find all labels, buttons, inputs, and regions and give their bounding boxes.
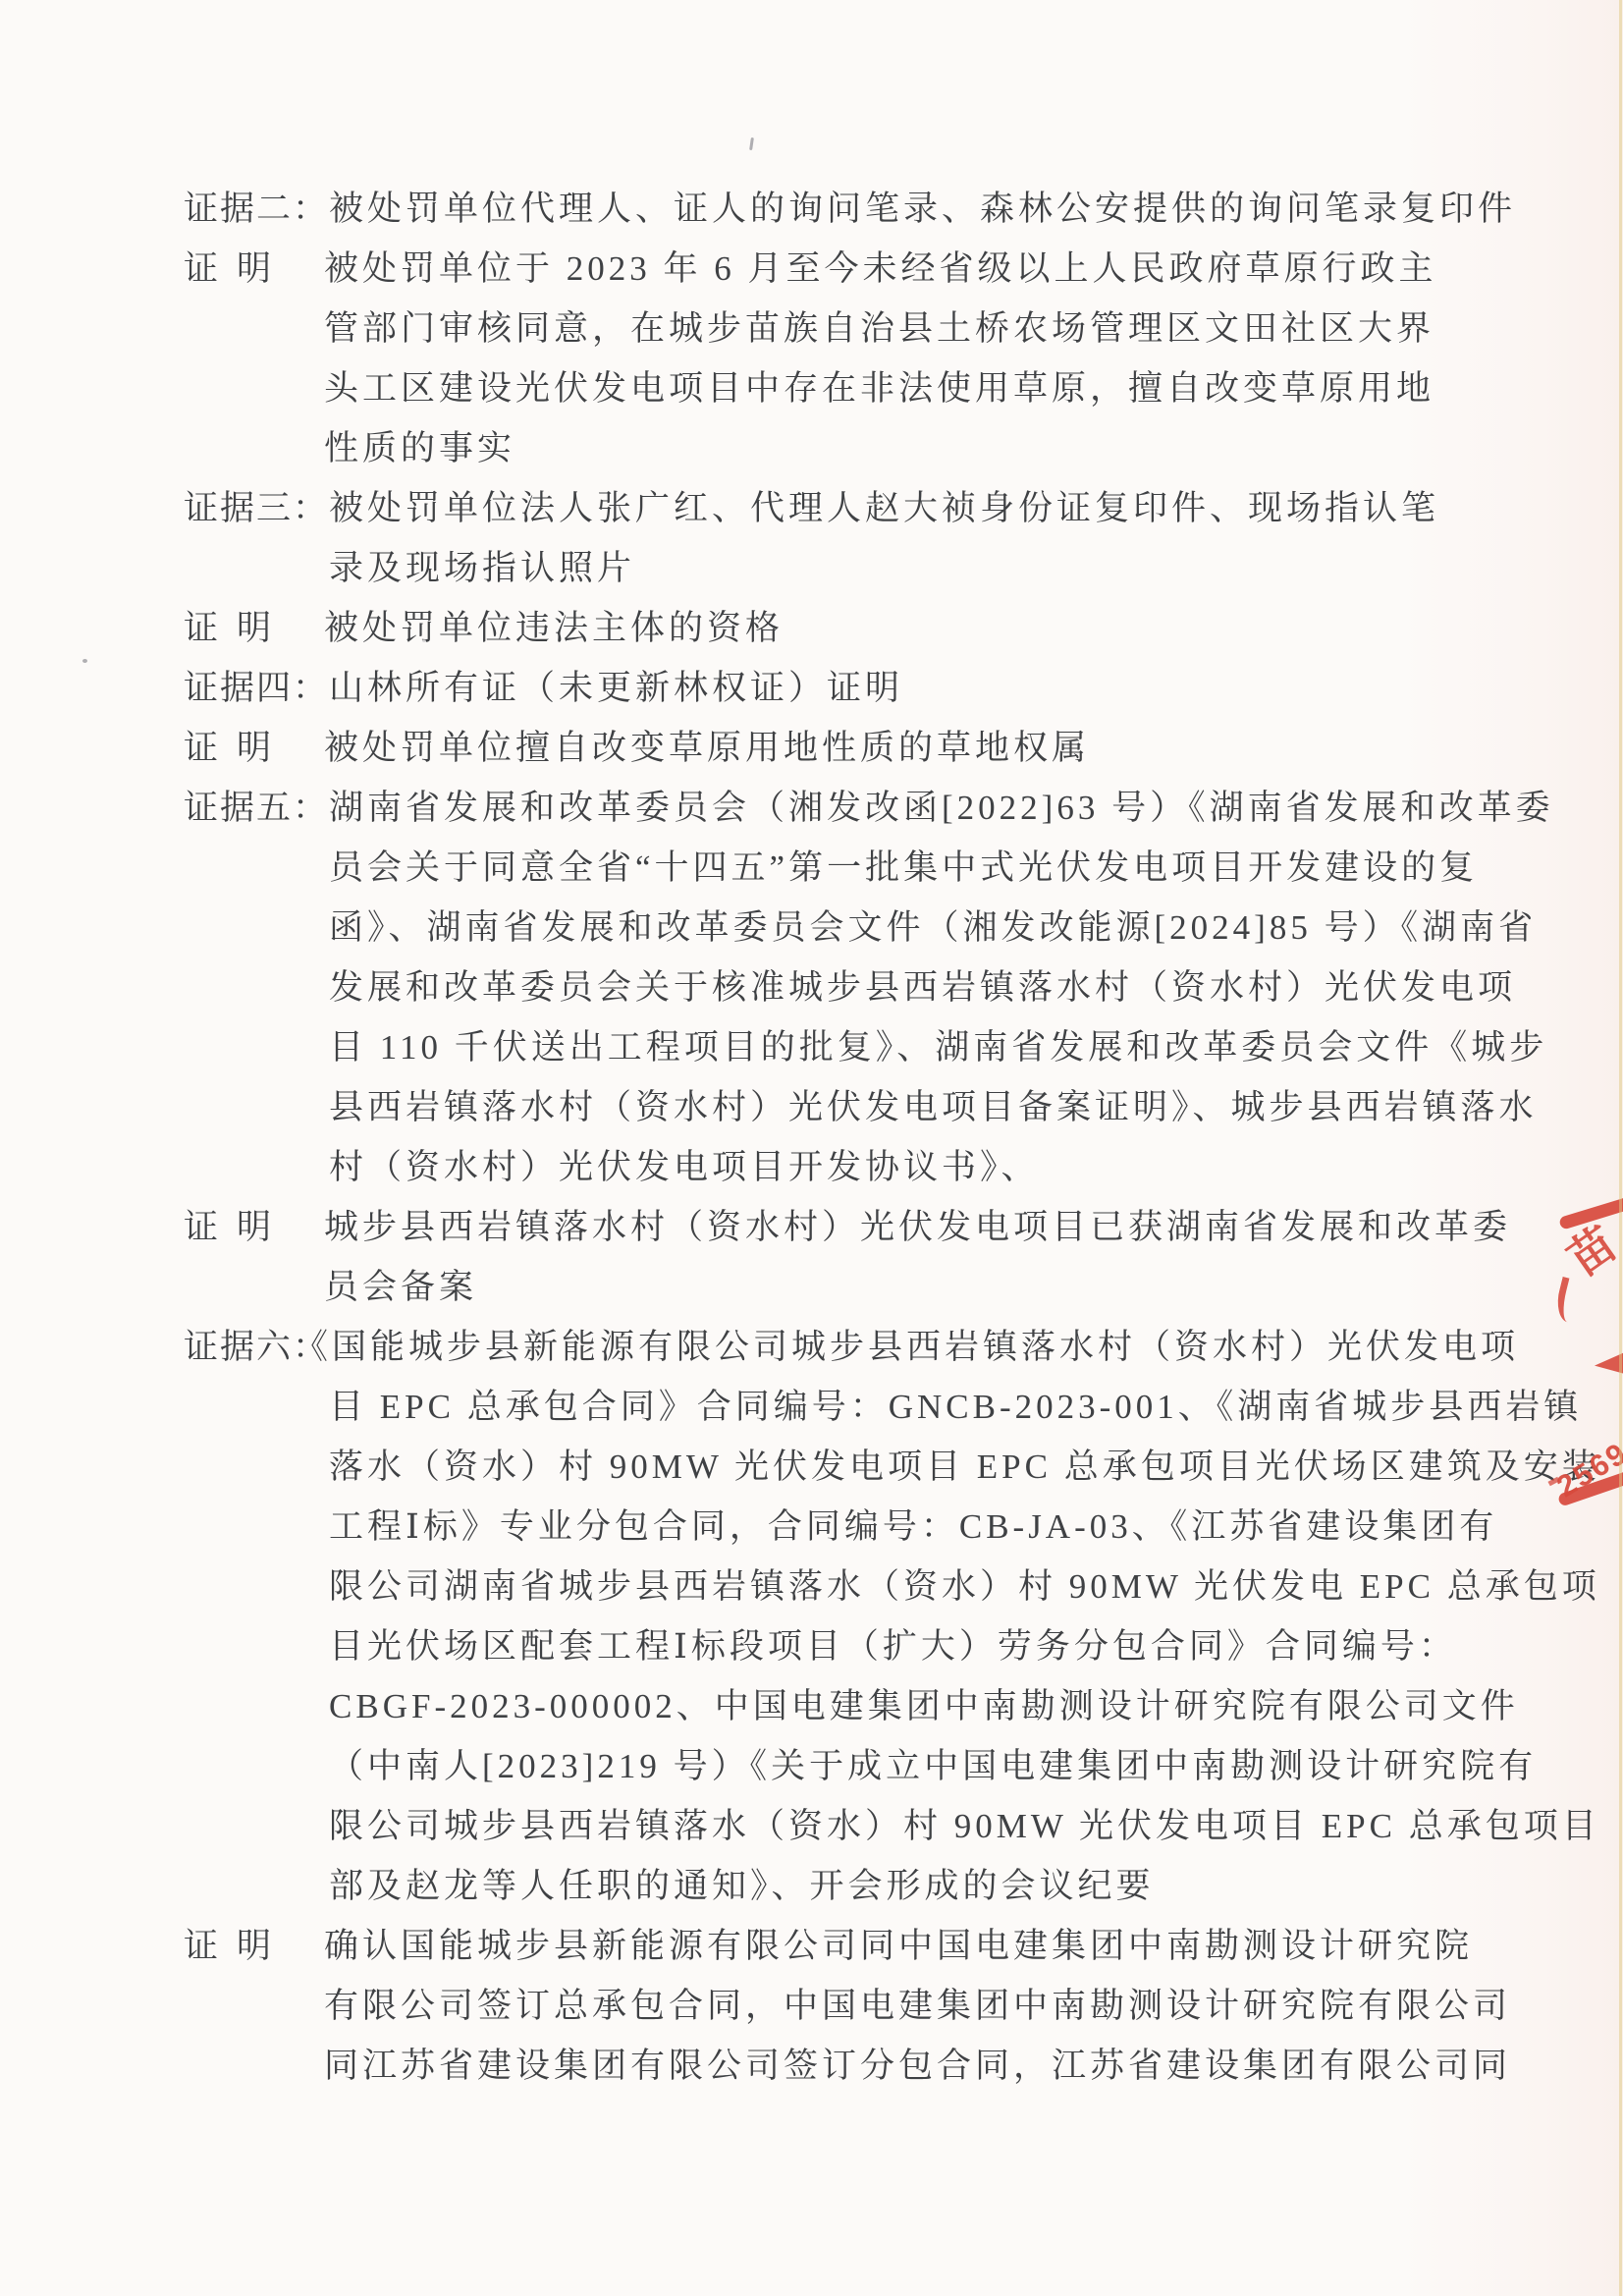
entry-line: 限公司城步县西岩镇落水（资水）村 90MW 光伏发电项目 EPC 总承包项目 (329, 1796, 1511, 1856)
entry-line: 落水（资水）村 90MW 光伏发电项目 EPC 总承包项目光伏场区建筑及安装 (329, 1437, 1511, 1497)
entry-label: 证据四： (184, 658, 329, 718)
stamp-stroke (1552, 1277, 1585, 1324)
stamp-arc-top (1558, 1195, 1623, 1230)
scan-artifact-tick (749, 137, 754, 150)
entry-line: 被处罚单位擅自改变草原用地性质的草地权属 (324, 718, 1511, 778)
entry-line: 确认国能城步县新能源有限公司同中国电建集团中南勘测设计研究院 (324, 1916, 1511, 1976)
document-body: 证据二：被处罚单位代理人、证人的询问笔录、森林公安提供的询问笔录复印件证明被处罚… (184, 179, 1511, 2096)
stamp-character: 苗 (1561, 1221, 1623, 1285)
entry-content: 湖南省发展和改革委员会（湘发改函[2022]63 号）《湖南省发展和改革委员会关… (329, 778, 1511, 1197)
entry-line: 头工区建设光伏发电项目中存在非法使用草原，擅自改变草原用地 (324, 358, 1511, 418)
entry-line: CBGF-2023-000002、中国电建集团中南勘测设计研究院有限公司文件 (329, 1676, 1511, 1736)
entry-label: 证明 (184, 239, 324, 299)
evidence-entry: 证据三：被处罚单位法人张广红、代理人赵大祯身份证复印件、现场指认笔录及现场指认照… (184, 478, 1511, 598)
evidence-entry: 证据六：《国能城步县新能源有限公司城步县西岩镇落水村（资水村）光伏发电项目 EP… (184, 1317, 1511, 1916)
entry-line: 县西岩镇落水村（资水村）光伏发电项目备案证明》、城步县西岩镇落水 (329, 1077, 1511, 1137)
evidence-entry: 证据二：被处罚单位代理人、证人的询问笔录、森林公安提供的询问笔录复印件 (184, 179, 1511, 239)
entry-line: 管部门审核同意，在城步苗族自治县土桥农场管理区文田社区大界 (324, 299, 1511, 358)
entry-line: 被处罚单位违法主体的资格 (324, 598, 1511, 658)
entry-line: 部及赵龙等人任职的通知》、开会形成的会议纪要 (329, 1856, 1511, 1916)
entry-line: 城步县西岩镇落水村（资水村）光伏发电项目已获湖南省发展和改革委 (324, 1197, 1511, 1257)
entry-line: 限公司湖南省城步县西岩镇落水（资水）村 90MW 光伏发电 EPC 总承包项 (329, 1557, 1511, 1616)
evidence-entry: 证据五：湖南省发展和改革委员会（湘发改函[2022]63 号）《湖南省发展和改革… (184, 778, 1511, 1197)
entry-line: 录及现场指认照片 (329, 538, 1511, 598)
entry-line: 员会关于同意全省“十四五”第一批集中式光伏发电项目开发建设的复 (329, 838, 1511, 898)
entry-line: 村（资水村）光伏发电项目开发协议书》、 (329, 1137, 1511, 1197)
entry-label: 证据五： (184, 778, 329, 838)
proof-entry: 证明被处罚单位擅自改变草原用地性质的草地权属 (184, 718, 1511, 778)
entry-content: 确认国能城步县新能源有限公司同中国电建集团中南勘测设计研究院有限公司签订总承包合… (324, 1916, 1511, 2096)
entry-line: 被处罚单位代理人、证人的询问笔录、森林公安提供的询问笔录复印件 (329, 179, 1511, 239)
entry-line: 目 EPC 总承包合同》合同编号：GNCB-2023-001、《湖南省城步县西岩… (329, 1377, 1511, 1437)
proof-entry: 证明被处罚单位于 2023 年 6 月至今未经省级以上人民政府草原行政主管部门审… (184, 239, 1511, 478)
entry-line: 目光伏场区配套工程Ⅰ标段项目（扩大）劳务分包合同》合同编号： (329, 1616, 1511, 1676)
entry-label: 证明 (184, 718, 324, 778)
entry-line: 发展和改革委员会关于核准城步县西岩镇落水村（资水村）光伏发电项 (329, 957, 1511, 1017)
scanned-document-page: 证据二：被处罚单位代理人、证人的询问笔录、森林公安提供的询问笔录复印件证明被处罚… (0, 0, 1623, 2296)
entry-line: 性质的事实 (324, 418, 1511, 478)
entry-line: 湖南省发展和改革委员会（湘发改函[2022]63 号）《湖南省发展和改革委 (329, 778, 1511, 838)
entry-line: 员会备案 (324, 1257, 1511, 1317)
entry-content: 被处罚单位法人张广红、代理人赵大祯身份证复印件、现场指认笔录及现场指认照片 (329, 478, 1511, 598)
entry-content: 被处罚单位于 2023 年 6 月至今未经省级以上人民政府草原行政主管部门审核同… (324, 239, 1511, 478)
proof-entry: 证明被处罚单位违法主体的资格 (184, 598, 1511, 658)
proof-entry: 证明确认国能城步县新能源有限公司同中国电建集团中南勘测设计研究院有限公司签订总承… (184, 1916, 1511, 2096)
scan-page-edge (1619, 0, 1622, 2296)
entry-line: （中南人[2023]219 号）《关于成立中国电建集团中南勘测设计研究院有 (329, 1736, 1511, 1796)
entry-line: 山林所有证（未更新林权证）证明 (329, 658, 1511, 718)
proof-entry: 证明城步县西岩镇落水村（资水村）光伏发电项目已获湖南省发展和改革委员会备案 (184, 1197, 1511, 1317)
entry-content: 《国能城步县新能源有限公司城步县西岩镇落水村（资水村）光伏发电项目 EPC 总承… (329, 1317, 1511, 1916)
entry-line: 函》、湖南省发展和改革委员会文件（湘发改能源[2024]85 号）《湖南省 (329, 898, 1511, 957)
entry-line: 工程Ⅰ标》专业分包合同，合同编号：CB-JA-03、《江苏省建设集团有 (329, 1497, 1511, 1557)
entry-content: 被处罚单位代理人、证人的询问笔录、森林公安提供的询问笔录复印件 (329, 179, 1511, 239)
entry-line: 目 110 千伏送出工程项目的批复》、湖南省发展和改革委员会文件《城步 (329, 1017, 1511, 1077)
entry-content: 被处罚单位违法主体的资格 (324, 598, 1511, 658)
entry-label: 证据三： (184, 478, 329, 538)
scan-artifact-dot (422, 639, 426, 642)
entry-content: 城步县西岩镇落水村（资水村）光伏发电项目已获湖南省发展和改革委员会备案 (324, 1197, 1511, 1317)
entry-label: 证明 (184, 598, 324, 658)
scan-artifact-dot (82, 659, 87, 663)
entry-content: 山林所有证（未更新林权证）证明 (329, 658, 1511, 718)
evidence-entry: 证据四：山林所有证（未更新林权证）证明 (184, 658, 1511, 718)
entry-line: 被处罚单位于 2023 年 6 月至今未经省级以上人民政府草原行政主 (324, 239, 1511, 299)
entry-line: 《国能城步县新能源有限公司城步县西岩镇落水村（资水村）光伏发电项 (294, 1317, 1511, 1377)
entry-line: 有限公司签订总承包合同，中国电建集团中南勘测设计研究院有限公司 (324, 1976, 1511, 2036)
entry-label: 证据二： (184, 179, 329, 239)
entry-line: 同江苏省建设集团有限公司签订分包合同，江苏省建设集团有限公司同 (324, 2036, 1511, 2096)
entry-content: 被处罚单位擅自改变草原用地性质的草地权属 (324, 718, 1511, 778)
entry-label: 证明 (184, 1916, 324, 1976)
entry-line: 被处罚单位法人张广红、代理人赵大祯身份证复印件、现场指认笔 (329, 478, 1511, 538)
entry-label: 证明 (184, 1197, 324, 1257)
